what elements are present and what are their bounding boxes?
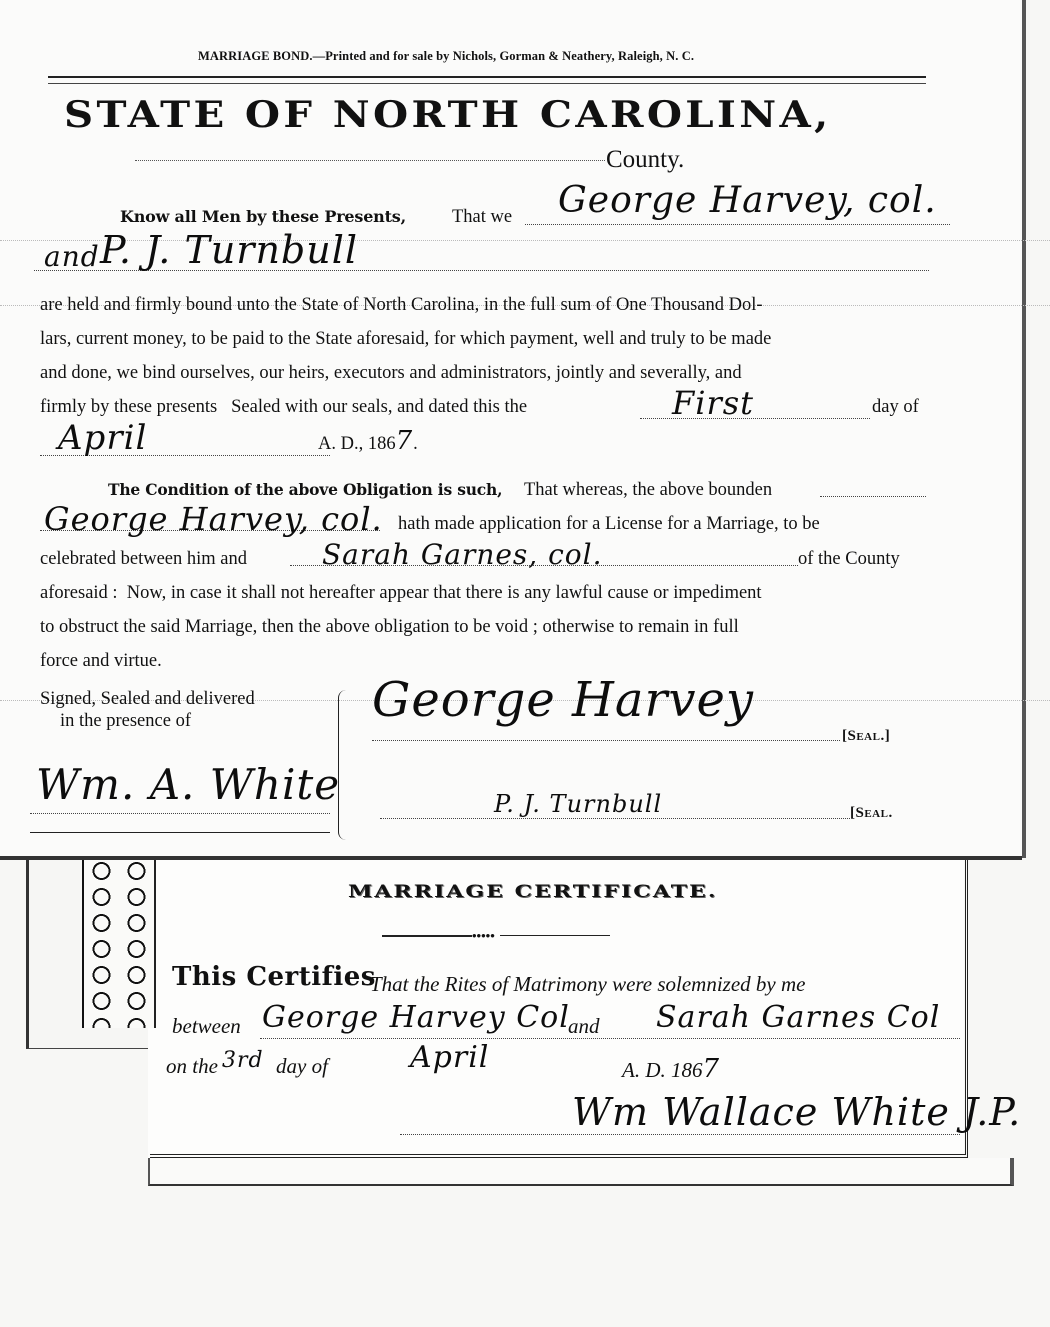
signed-sealed-label: Signed, Sealed and delivered in the pres… [40, 688, 255, 732]
officiant-blank [400, 1134, 960, 1135]
certificate-title: MARRIAGE CERTIFICATE. [348, 882, 718, 902]
day-of-label: day of [276, 1054, 328, 1079]
state-title: STATE OF NORTH CAROLINA, [64, 94, 831, 136]
cert-day-handwriting: 3rd [222, 1048, 264, 1073]
bond-line: lars, current money, to be paid to the S… [40, 322, 940, 356]
know-all-men-heading: Know all Men by these Presents, [120, 207, 406, 226]
cert-year-label: A. D. 1867 [622, 1054, 720, 1084]
day-of-label: day of [872, 390, 919, 424]
cert-year-prefix: A. D. 186 [622, 1058, 703, 1082]
that-we-label: That we [452, 200, 512, 234]
county-blank [135, 160, 605, 161]
of-the-county-text: of the County [798, 542, 900, 576]
names-blank [260, 1038, 960, 1039]
hath-made-text: hath made application for a License for … [398, 507, 820, 541]
printer-imprint: MARRIAGE BOND.—Printed and for sale by N… [198, 49, 694, 64]
witness-blank [30, 813, 330, 814]
signed-sealed-line: Signed, Sealed and delivered [40, 688, 255, 710]
signature-2-blank [380, 818, 850, 819]
obligor-blank [525, 224, 950, 225]
celebrated-between-text: celebrated between him and [40, 542, 247, 576]
obligor-2-handwriting: P. J. Turnbull [100, 228, 358, 272]
rites-text: That the Rites of Matrimony were solemni… [370, 972, 805, 997]
period: . [413, 434, 418, 454]
cert-month-handwriting: April [410, 1040, 489, 1075]
county-label: County. [606, 146, 684, 174]
year-prefix: A. D., 186 [318, 434, 396, 454]
bond-paragraph-2: aforesaid : Now, in case it shall not he… [40, 576, 940, 678]
on-the-label: on the [166, 1054, 218, 1079]
bride-handwriting: Sarah Garnes Col [656, 1000, 940, 1035]
signature-1-blank [372, 740, 840, 741]
cert-year-suffix: 7 [703, 1054, 721, 1084]
signature-2: P. J. Turnbull [494, 790, 662, 818]
presence-line: in the presence of [40, 710, 255, 732]
this-certifies-heading: This Certifies [172, 962, 376, 992]
witness-underline [30, 832, 330, 833]
bond-paragraph-1: are held and firmly bound unto the State… [40, 288, 940, 390]
year-suffix-handwriting: 7 [396, 426, 414, 456]
page-fold-edge [0, 856, 1022, 860]
day-handwriting: First [672, 384, 754, 422]
bounden-name-handwriting: George Harvey, col. [44, 500, 383, 538]
divider-dots: ••••• [472, 928, 495, 944]
officiant-signature: Wm Wallace White J.P. [572, 1090, 1021, 1134]
obligor-and-handwriting: and [44, 240, 100, 273]
condition-heading: The Condition of the above Obligation is… [108, 480, 502, 499]
underlying-page-edge [148, 1158, 1014, 1186]
seal-label-1: [Seal.] [842, 728, 890, 745]
witness-signature: Wm. A. White [36, 760, 340, 809]
month-handwriting: April [58, 418, 147, 458]
and-label: and [568, 1014, 600, 1039]
bounden-blank [820, 496, 926, 497]
bond-line: and done, we bind ourselves, our heirs, … [40, 356, 940, 390]
bond-line: to obstruct the said Marriage, then the … [40, 610, 940, 644]
seal-label-2: [Seal. [850, 805, 893, 822]
signature-1: George Harvey [372, 672, 754, 728]
bond-line: are held and firmly bound unto the State… [40, 288, 940, 322]
header-rule [48, 76, 926, 84]
bride-name-handwriting: Sarah Garnes, col. [322, 538, 603, 571]
ornamental-border-icon [82, 858, 156, 1028]
condition-text: That whereas, the above bounden [524, 473, 772, 507]
title-divider [500, 935, 610, 936]
year-label: A. D., 1867. [318, 424, 418, 461]
bond-line: aforesaid : Now, in case it shall not he… [40, 576, 940, 610]
between-label: between [172, 1014, 241, 1039]
obligor-1-handwriting: George Harvey, col. [558, 180, 937, 221]
title-divider [382, 935, 472, 937]
groom-handwriting: George Harvey Col [262, 1000, 570, 1035]
